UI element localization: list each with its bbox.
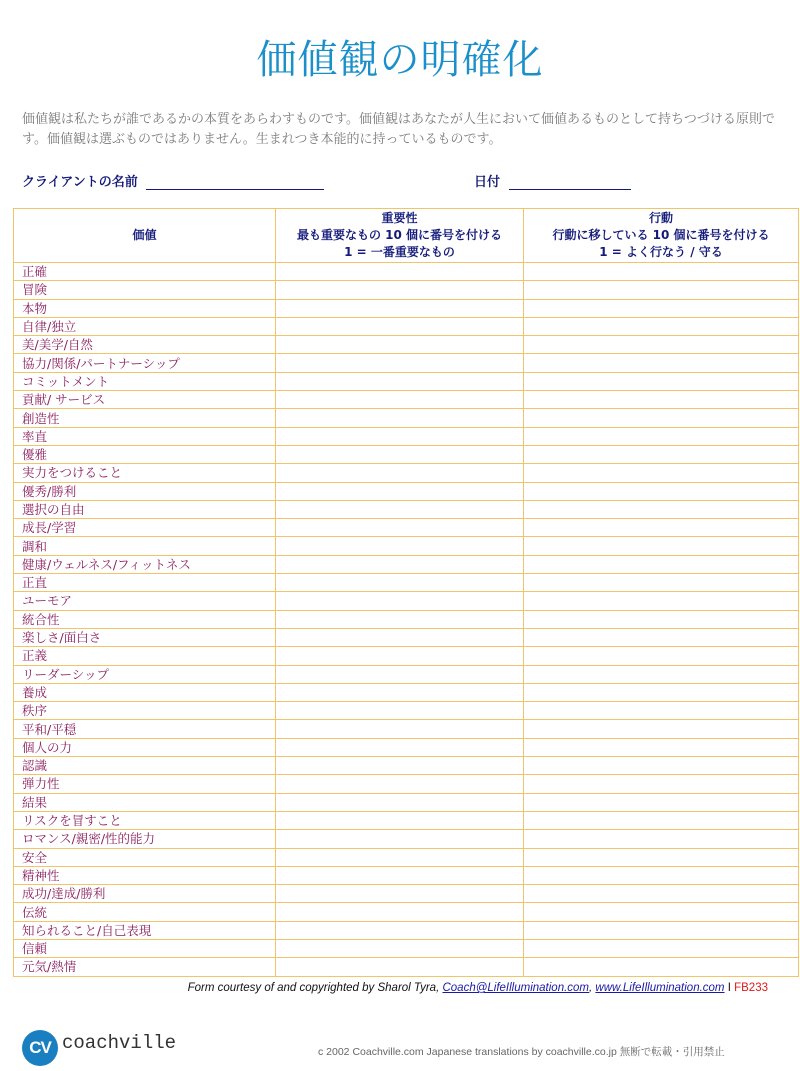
table-row: 正確 xyxy=(14,263,799,281)
action-cell[interactable] xyxy=(524,738,799,756)
action-cell[interactable] xyxy=(524,555,799,573)
value-label: 正確 xyxy=(14,263,276,281)
value-label: 弾力性 xyxy=(14,775,276,793)
table-row: 実力をつけること xyxy=(14,464,799,482)
importance-cell[interactable] xyxy=(276,427,524,445)
table-header-row: 価値 重要性 最も重要なもの 10 個に番号を付ける 1 = 一番重要なもの 行… xyxy=(14,209,799,263)
importance-cell[interactable] xyxy=(276,500,524,518)
header-value: 価値 xyxy=(14,209,276,263)
table-row: リスクを冒すこと xyxy=(14,811,799,829)
table-row: 精神性 xyxy=(14,866,799,884)
importance-cell[interactable] xyxy=(276,921,524,939)
action-cell[interactable] xyxy=(524,391,799,409)
table-row: 率直 xyxy=(14,427,799,445)
table-row: 優秀/勝利 xyxy=(14,482,799,500)
importance-cell[interactable] xyxy=(276,372,524,390)
values-table: 価値 重要性 最も重要なもの 10 個に番号を付ける 1 = 一番重要なもの 行… xyxy=(13,208,799,977)
action-cell[interactable] xyxy=(524,592,799,610)
action-cell[interactable] xyxy=(524,848,799,866)
importance-cell[interactable] xyxy=(276,720,524,738)
action-cell[interactable] xyxy=(524,263,799,281)
table-row: 貢献/ サービス xyxy=(14,391,799,409)
credit-line: Form courtesy of and copyrighted by Shar… xyxy=(0,982,768,994)
table-row: 自律/独立 xyxy=(14,317,799,335)
value-label: 調和 xyxy=(14,537,276,555)
importance-cell[interactable] xyxy=(276,537,524,555)
importance-cell[interactable] xyxy=(276,811,524,829)
client-name-label: クライアントの名前 xyxy=(22,175,138,190)
value-label: 統合性 xyxy=(14,610,276,628)
importance-cell[interactable] xyxy=(276,317,524,335)
value-label: 優雅 xyxy=(14,445,276,463)
importance-cell[interactable] xyxy=(276,775,524,793)
action-cell[interactable] xyxy=(524,885,799,903)
table-row: 優雅 xyxy=(14,445,799,463)
value-label: ロマンス/親密/性的能力 xyxy=(14,830,276,848)
action-cell[interactable] xyxy=(524,427,799,445)
table-row: 創造性 xyxy=(14,409,799,427)
cv-logo-icon: CV xyxy=(22,1030,58,1066)
table-row: 調和 xyxy=(14,537,799,555)
table-row: 美/美学/自然 xyxy=(14,336,799,354)
importance-cell[interactable] xyxy=(276,409,524,427)
action-cell[interactable] xyxy=(524,775,799,793)
importance-cell[interactable] xyxy=(276,738,524,756)
table-row: 楽しさ/面白さ xyxy=(14,628,799,646)
action-cell[interactable] xyxy=(524,464,799,482)
action-cell[interactable] xyxy=(524,683,799,701)
value-label: 平和/平穏 xyxy=(14,720,276,738)
importance-cell[interactable] xyxy=(276,610,524,628)
value-label: 冒険 xyxy=(14,281,276,299)
value-label: 精神性 xyxy=(14,866,276,884)
client-name-input[interactable] xyxy=(146,175,324,190)
value-label: 正直 xyxy=(14,574,276,592)
action-cell[interactable] xyxy=(524,939,799,957)
table-row: 正直 xyxy=(14,574,799,592)
importance-cell[interactable] xyxy=(276,482,524,500)
importance-cell[interactable] xyxy=(276,464,524,482)
form-code: FB233 xyxy=(734,982,768,994)
table-row: 養成 xyxy=(14,683,799,701)
table-row: 健康/ウェルネス/フィットネス xyxy=(14,555,799,573)
action-cell[interactable] xyxy=(524,830,799,848)
value-label: 美/美学/自然 xyxy=(14,336,276,354)
table-row: 認識 xyxy=(14,757,799,775)
importance-cell[interactable] xyxy=(276,555,524,573)
action-cell[interactable] xyxy=(524,958,799,976)
table-row: コミットメント xyxy=(14,372,799,390)
header-action: 行動 行動に移している 10 個に番号を付ける 1 = よく行なう / 守る xyxy=(524,209,799,263)
table-row: ユーモア xyxy=(14,592,799,610)
client-name-field: クライアントの名前 xyxy=(22,171,324,190)
table-row: 正義 xyxy=(14,647,799,665)
table-row: 伝統 xyxy=(14,903,799,921)
value-label: 選択の自由 xyxy=(14,500,276,518)
intro-text: 価値観は私たちが誰であるかの本質をあらわすものです。価値観はあなたが人生において… xyxy=(22,110,782,150)
value-label: 秩序 xyxy=(14,702,276,720)
table-row: 本物 xyxy=(14,299,799,317)
action-cell[interactable] xyxy=(524,702,799,720)
value-label: 結果 xyxy=(14,793,276,811)
importance-cell[interactable] xyxy=(276,793,524,811)
table-row: 結果 xyxy=(14,793,799,811)
importance-cell[interactable] xyxy=(276,885,524,903)
table-row: 秩序 xyxy=(14,702,799,720)
coachville-logo: CV coachville xyxy=(22,1030,176,1066)
action-cell[interactable] xyxy=(524,409,799,427)
website-link[interactable]: www.LifeIllumination.com xyxy=(595,982,724,994)
importance-cell[interactable] xyxy=(276,592,524,610)
table-row: ロマンス/親密/性的能力 xyxy=(14,830,799,848)
table-row: 選択の自由 xyxy=(14,500,799,518)
table-row: 協力/関係/パートナーシップ xyxy=(14,354,799,372)
email-link[interactable]: Coach@LifeIllumination.com xyxy=(442,982,589,994)
value-label: 養成 xyxy=(14,683,276,701)
value-label: 協力/関係/パートナーシップ xyxy=(14,354,276,372)
action-cell[interactable] xyxy=(524,866,799,884)
value-label: 信頼 xyxy=(14,939,276,957)
table-row: 統合性 xyxy=(14,610,799,628)
action-cell[interactable] xyxy=(524,665,799,683)
action-cell[interactable] xyxy=(524,574,799,592)
table-row: リーダーシップ xyxy=(14,665,799,683)
copyright-text: c 2002 Coachville.com Japanese translati… xyxy=(318,1044,725,1059)
importance-cell[interactable] xyxy=(276,354,524,372)
action-cell[interactable] xyxy=(524,445,799,463)
value-label: 本物 xyxy=(14,299,276,317)
value-label: 成功/達成/勝利 xyxy=(14,885,276,903)
importance-cell[interactable] xyxy=(276,281,524,299)
table-row: 安全 xyxy=(14,848,799,866)
importance-cell[interactable] xyxy=(276,939,524,957)
value-label: 創造性 xyxy=(14,409,276,427)
value-label: 知られること/自己表現 xyxy=(14,921,276,939)
table-row: 知られること/自己表現 xyxy=(14,921,799,939)
logo-name: coachville xyxy=(62,1032,176,1054)
value-label: 貢献/ サービス xyxy=(14,391,276,409)
importance-cell[interactable] xyxy=(276,628,524,646)
value-label: 優秀/勝利 xyxy=(14,482,276,500)
date-field: 日付 xyxy=(474,171,631,190)
value-label: リーダーシップ xyxy=(14,665,276,683)
action-cell[interactable] xyxy=(524,519,799,537)
importance-cell[interactable] xyxy=(276,445,524,463)
value-label: 成長/学習 xyxy=(14,519,276,537)
importance-cell[interactable] xyxy=(276,574,524,592)
action-cell[interactable] xyxy=(524,793,799,811)
value-label: 個人の力 xyxy=(14,738,276,756)
importance-cell[interactable] xyxy=(276,683,524,701)
action-cell[interactable] xyxy=(524,336,799,354)
action-cell[interactable] xyxy=(524,317,799,335)
action-cell[interactable] xyxy=(524,628,799,646)
table-row: 個人の力 xyxy=(14,738,799,756)
header-importance: 重要性 最も重要なもの 10 個に番号を付ける 1 = 一番重要なもの xyxy=(276,209,524,263)
value-label: 健康/ウェルネス/フィットネス xyxy=(14,555,276,573)
action-cell[interactable] xyxy=(524,500,799,518)
importance-cell[interactable] xyxy=(276,391,524,409)
value-label: リスクを冒すこと xyxy=(14,811,276,829)
importance-cell[interactable] xyxy=(276,958,524,976)
action-cell[interactable] xyxy=(524,372,799,390)
value-label: ユーモア xyxy=(14,592,276,610)
value-label: 認識 xyxy=(14,757,276,775)
action-cell[interactable] xyxy=(524,647,799,665)
importance-cell[interactable] xyxy=(276,830,524,848)
importance-cell[interactable] xyxy=(276,299,524,317)
date-input[interactable] xyxy=(509,175,631,190)
date-label: 日付 xyxy=(474,175,500,190)
value-label: 自律/独立 xyxy=(14,317,276,335)
table-row: 成功/達成/勝利 xyxy=(14,885,799,903)
value-label: 安全 xyxy=(14,848,276,866)
action-cell[interactable] xyxy=(524,537,799,555)
value-label: コミットメント xyxy=(14,372,276,390)
action-cell[interactable] xyxy=(524,811,799,829)
importance-cell[interactable] xyxy=(276,866,524,884)
importance-cell[interactable] xyxy=(276,903,524,921)
value-label: 元気/熱情 xyxy=(14,958,276,976)
value-label: 正義 xyxy=(14,647,276,665)
table-row: 元気/熱情 xyxy=(14,958,799,976)
table-row: 冒険 xyxy=(14,281,799,299)
importance-cell[interactable] xyxy=(276,848,524,866)
action-cell[interactable] xyxy=(524,299,799,317)
page-title: 価値観の明確化 xyxy=(0,32,800,88)
importance-cell[interactable] xyxy=(276,647,524,665)
value-label: 伝統 xyxy=(14,903,276,921)
importance-cell[interactable] xyxy=(276,336,524,354)
action-cell[interactable] xyxy=(524,921,799,939)
action-cell[interactable] xyxy=(524,757,799,775)
action-cell[interactable] xyxy=(524,281,799,299)
value-label: 楽しさ/面白さ xyxy=(14,628,276,646)
value-label: 実力をつけること xyxy=(14,464,276,482)
importance-cell[interactable] xyxy=(276,702,524,720)
action-cell[interactable] xyxy=(524,720,799,738)
importance-cell[interactable] xyxy=(276,665,524,683)
importance-cell[interactable] xyxy=(276,263,524,281)
value-label: 率直 xyxy=(14,427,276,445)
action-cell[interactable] xyxy=(524,903,799,921)
action-cell[interactable] xyxy=(524,354,799,372)
table-row: 成長/学習 xyxy=(14,519,799,537)
action-cell[interactable] xyxy=(524,482,799,500)
action-cell[interactable] xyxy=(524,610,799,628)
importance-cell[interactable] xyxy=(276,757,524,775)
table-row: 信頼 xyxy=(14,939,799,957)
importance-cell[interactable] xyxy=(276,519,524,537)
table-row: 弾力性 xyxy=(14,775,799,793)
table-row: 平和/平穏 xyxy=(14,720,799,738)
